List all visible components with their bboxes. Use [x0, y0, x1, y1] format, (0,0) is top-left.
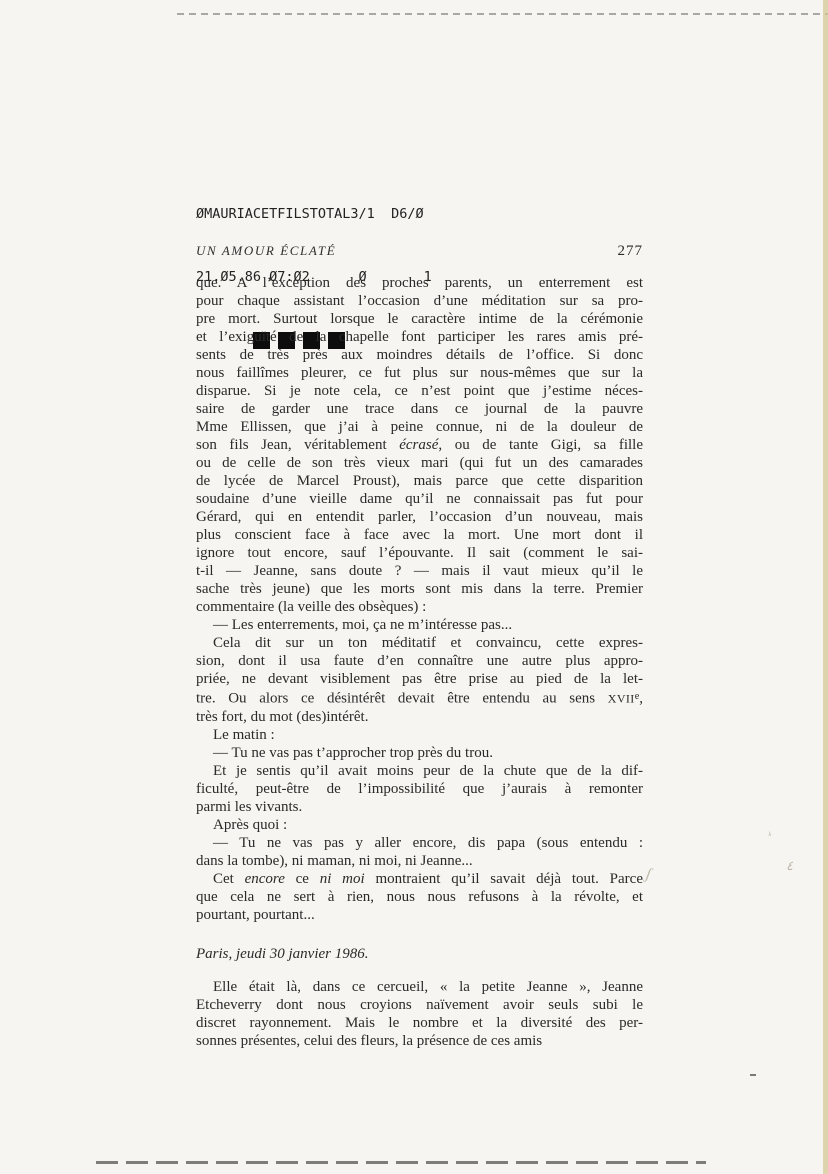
date-heading: Paris, jeudi 30 janvier 1986. [196, 945, 643, 963]
text-line: Après quoi : [196, 816, 643, 834]
text-line: Gérard, qui en entendit parler, l’occasi… [196, 508, 643, 526]
text-line: Elle était là, dans ce cercueil, « la pe… [196, 978, 643, 996]
running-head: UN AMOUR ÉCLATÉ [196, 243, 336, 259]
text-line: priée, ne devant visiblement pas être pr… [196, 670, 643, 688]
text-line: Cet encore ce ni moi montraient qu’il sa… [196, 870, 643, 888]
pencil-mark: ٤ [786, 858, 793, 874]
paragraph: Le matin : [196, 726, 643, 744]
text-line: son fils Jean, véritablement écrasé, ou … [196, 436, 643, 454]
text-line: — Les enterrements, moi, ça ne m’intéres… [196, 616, 643, 634]
text-line: t-il — Jeanne, sans doute ? — mais il va… [196, 562, 643, 580]
text-line: — Tu ne vas pas y aller encore, dis papa… [196, 834, 643, 852]
text-line: Mme Ellissen, que j’ai à peine connue, n… [196, 418, 643, 436]
text-line: ficulté, peut-être de l’impossibilité qu… [196, 780, 643, 798]
paragraph: — Tu ne vas pas t’approcher trop près du… [196, 744, 643, 762]
text-line: disparue. Si je note cela, ce n’est poin… [196, 382, 643, 400]
text-line: et l’exiguïté de la chapelle font partic… [196, 328, 643, 346]
text-line: commentaire (la veille des obsèques) : [196, 598, 643, 616]
scan-speck [750, 1074, 756, 1076]
page-number: 277 [618, 243, 644, 260]
text-line: ou de celle de son très vieux mari (qui … [196, 454, 643, 472]
text-line: Cela dit sur un ton méditatif et convain… [196, 634, 643, 652]
text-line: tre. Ou alors ce désintérêt devait être … [196, 688, 643, 708]
text-line: saire de garder une trace dans ce journa… [196, 400, 643, 418]
paragraph: Et je sentis qu’il avait moins peur de l… [196, 762, 643, 816]
text-line: Paris, jeudi 30 janvier 1986. [196, 945, 643, 963]
text-line: Le matin : [196, 726, 643, 744]
text-line: sonnes présentes, celui des fleurs, la p… [196, 1032, 643, 1050]
text-line: plus conscient face à face avec la mort.… [196, 526, 643, 544]
pencil-mark: ᵏ [768, 830, 771, 842]
text-line: dans la tombe), ni maman, ni moi, ni Jea… [196, 852, 643, 870]
text-line: soudaine d’une vieille dame qu’il ne con… [196, 490, 643, 508]
text-line: Etcheverry dont nous croyions naïvement … [196, 996, 643, 1014]
paragraph: Après quoi : [196, 816, 643, 834]
paragraph: Cet encore ce ni moi montraient qu’il sa… [196, 870, 643, 924]
text-line: ignore tout encore, sauf l’épouvante. Il… [196, 544, 643, 562]
paragraph: Elle était là, dans ce cercueil, « la pe… [196, 978, 643, 1050]
pencil-mark: ʃ [644, 866, 652, 885]
paragraph: — Tu ne vas pas y aller encore, dis papa… [196, 834, 643, 870]
text-line: pourtant, pourtant... [196, 906, 643, 924]
text-line: de lycée de Marcel Proust), mais parce q… [196, 472, 643, 490]
text-line: pour chaque assistant l’occasion d’une m… [196, 292, 643, 310]
paragraph: Cela dit sur un ton méditatif et convain… [196, 634, 643, 726]
paragraph: que. A l’exception des proches parents, … [196, 274, 643, 616]
text-line: — Tu ne vas pas t’approcher trop près du… [196, 744, 643, 762]
scan-artifact-top-dashed-line [177, 13, 828, 15]
text-line: que cela ne sert à rien, nous nous refus… [196, 888, 643, 906]
scanned-book-page: ØMAURIACETFILSTOTAL3/1 D6/Ø 21.Ø5.86 Ø7:… [0, 0, 828, 1174]
scan-edge-strip [823, 0, 828, 1174]
scan-artifact-bottom-dashed-line [96, 1161, 706, 1164]
text-line: nous faillîmes pleurer, ce fut plus sur … [196, 364, 643, 382]
text-line: discret rayonnement. Mais le nombre et l… [196, 1014, 643, 1032]
text-line: sache très jeune) que les morts sont mis… [196, 580, 643, 598]
text-line: que. A l’exception des proches parents, … [196, 274, 643, 292]
text-line: sents de très près aux moindres détails … [196, 346, 643, 364]
text-line: très fort, du mot (des)intérêt. [196, 708, 643, 726]
running-head-row: UN AMOUR ÉCLATÉ 277 [196, 243, 643, 260]
typesetting-code-line-1: ØMAURIACETFILSTOTAL3/1 D6/Ø [196, 204, 432, 225]
paragraph: — Les enterrements, moi, ça ne m’intéres… [196, 616, 643, 634]
body-text: que. A l’exception des proches parents, … [196, 274, 643, 1050]
text-line: parmi les vivants. [196, 798, 643, 816]
text-line: pre mort. Surtout lorsque le caractère i… [196, 310, 643, 328]
text-line: Et je sentis qu’il avait moins peur de l… [196, 762, 643, 780]
text-line: sion, dont il usa faute d’en connaître u… [196, 652, 643, 670]
